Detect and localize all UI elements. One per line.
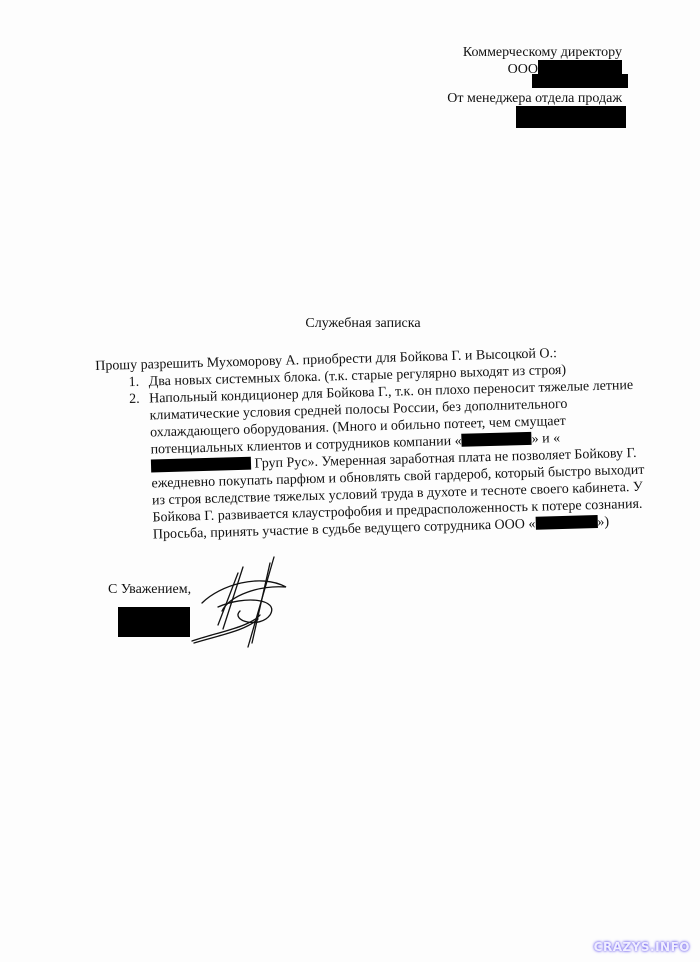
signature-icon — [190, 555, 300, 650]
redacted-company — [151, 457, 251, 473]
redacted-signer-name — [118, 607, 190, 637]
request-list: Два новых системных блока. (т.к. старые … — [95, 359, 660, 545]
document-page: Коммерческому директору ООО От менеджера… — [0, 0, 700, 962]
redacted-company — [461, 432, 531, 447]
watermark-text: CRAZYS.INFO — [594, 940, 690, 954]
list-item: Напольный кондиционер для Бойкова Г., т.… — [143, 376, 660, 543]
memo-body: Прошу разрешить Мухоморову А. приобрести… — [95, 342, 660, 545]
redacted-company-name-line2 — [532, 74, 628, 88]
closing-salutation: С Уважением, — [108, 582, 191, 598]
redacted-company — [535, 515, 597, 530]
redacted-sender-name — [516, 106, 626, 128]
document-title: Служебная записка — [0, 316, 700, 332]
